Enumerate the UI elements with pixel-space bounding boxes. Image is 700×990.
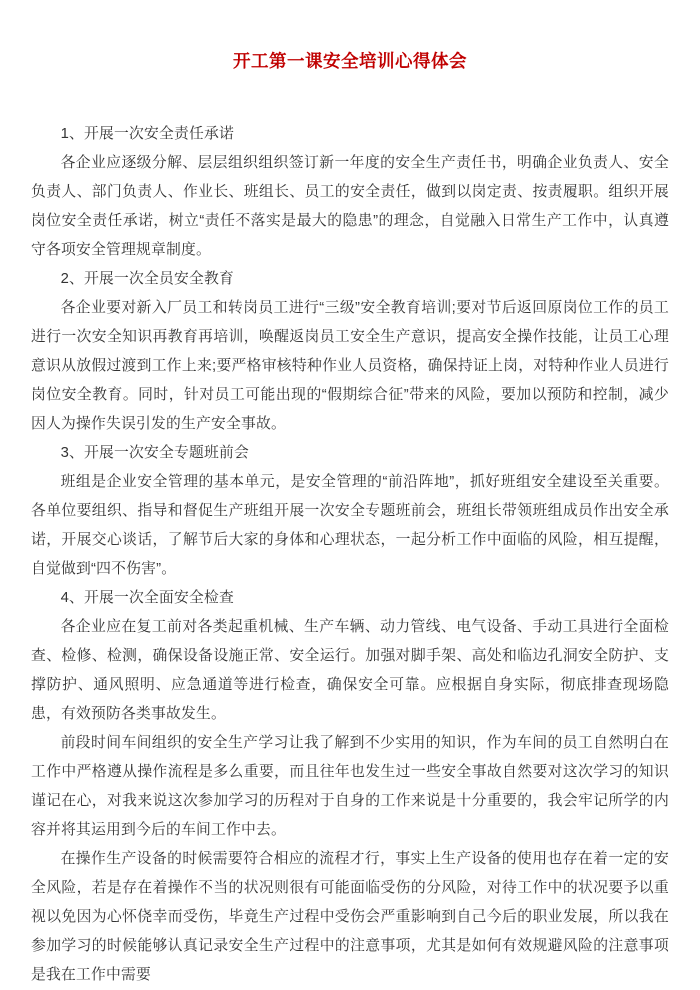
document-page: 开工第一课安全培训心得体会 1、开展一次安全责任承诺 各企业应逐级分解、层层组织… [0,0,700,990]
section-heading-3: 3、开展一次安全专题班前会 [31,439,669,468]
section-body-3: 班组是企业安全管理的基本单元，是安全管理的“前沿阵地”，抓好班组安全建设至关重要… [31,468,669,584]
section-heading-1: 1、开展一次安全责任承诺 [31,120,669,149]
document-title: 开工第一课安全培训心得体会 [31,48,669,74]
section-heading-4: 4、开展一次全面安全检查 [31,584,669,613]
closing-paragraph-2: 在操作生产设备的时候需要符合相应的流程才行，事实上生产设备的使用也存在着一定的安… [31,845,669,990]
section-heading-2: 2、开展一次全员安全教育 [31,265,669,294]
section-body-1: 各企业应逐级分解、层层组织组织签订新一年度的安全生产责任书，明确企业负责人、安全… [31,149,669,265]
section-body-2: 各企业要对新入厂员工和转岗员工进行“三级”安全教育培训;要对节后返回原岗位工作的… [31,294,669,439]
section-body-4: 各企业应在复工前对各类起重机械、生产车辆、动力管线、电气设备、手动工具进行全面检… [31,613,669,729]
closing-paragraph-1: 前段时间车间组织的安全生产学习让我了解到不少实用的知识，作为车间的员工自然明白在… [31,729,669,845]
